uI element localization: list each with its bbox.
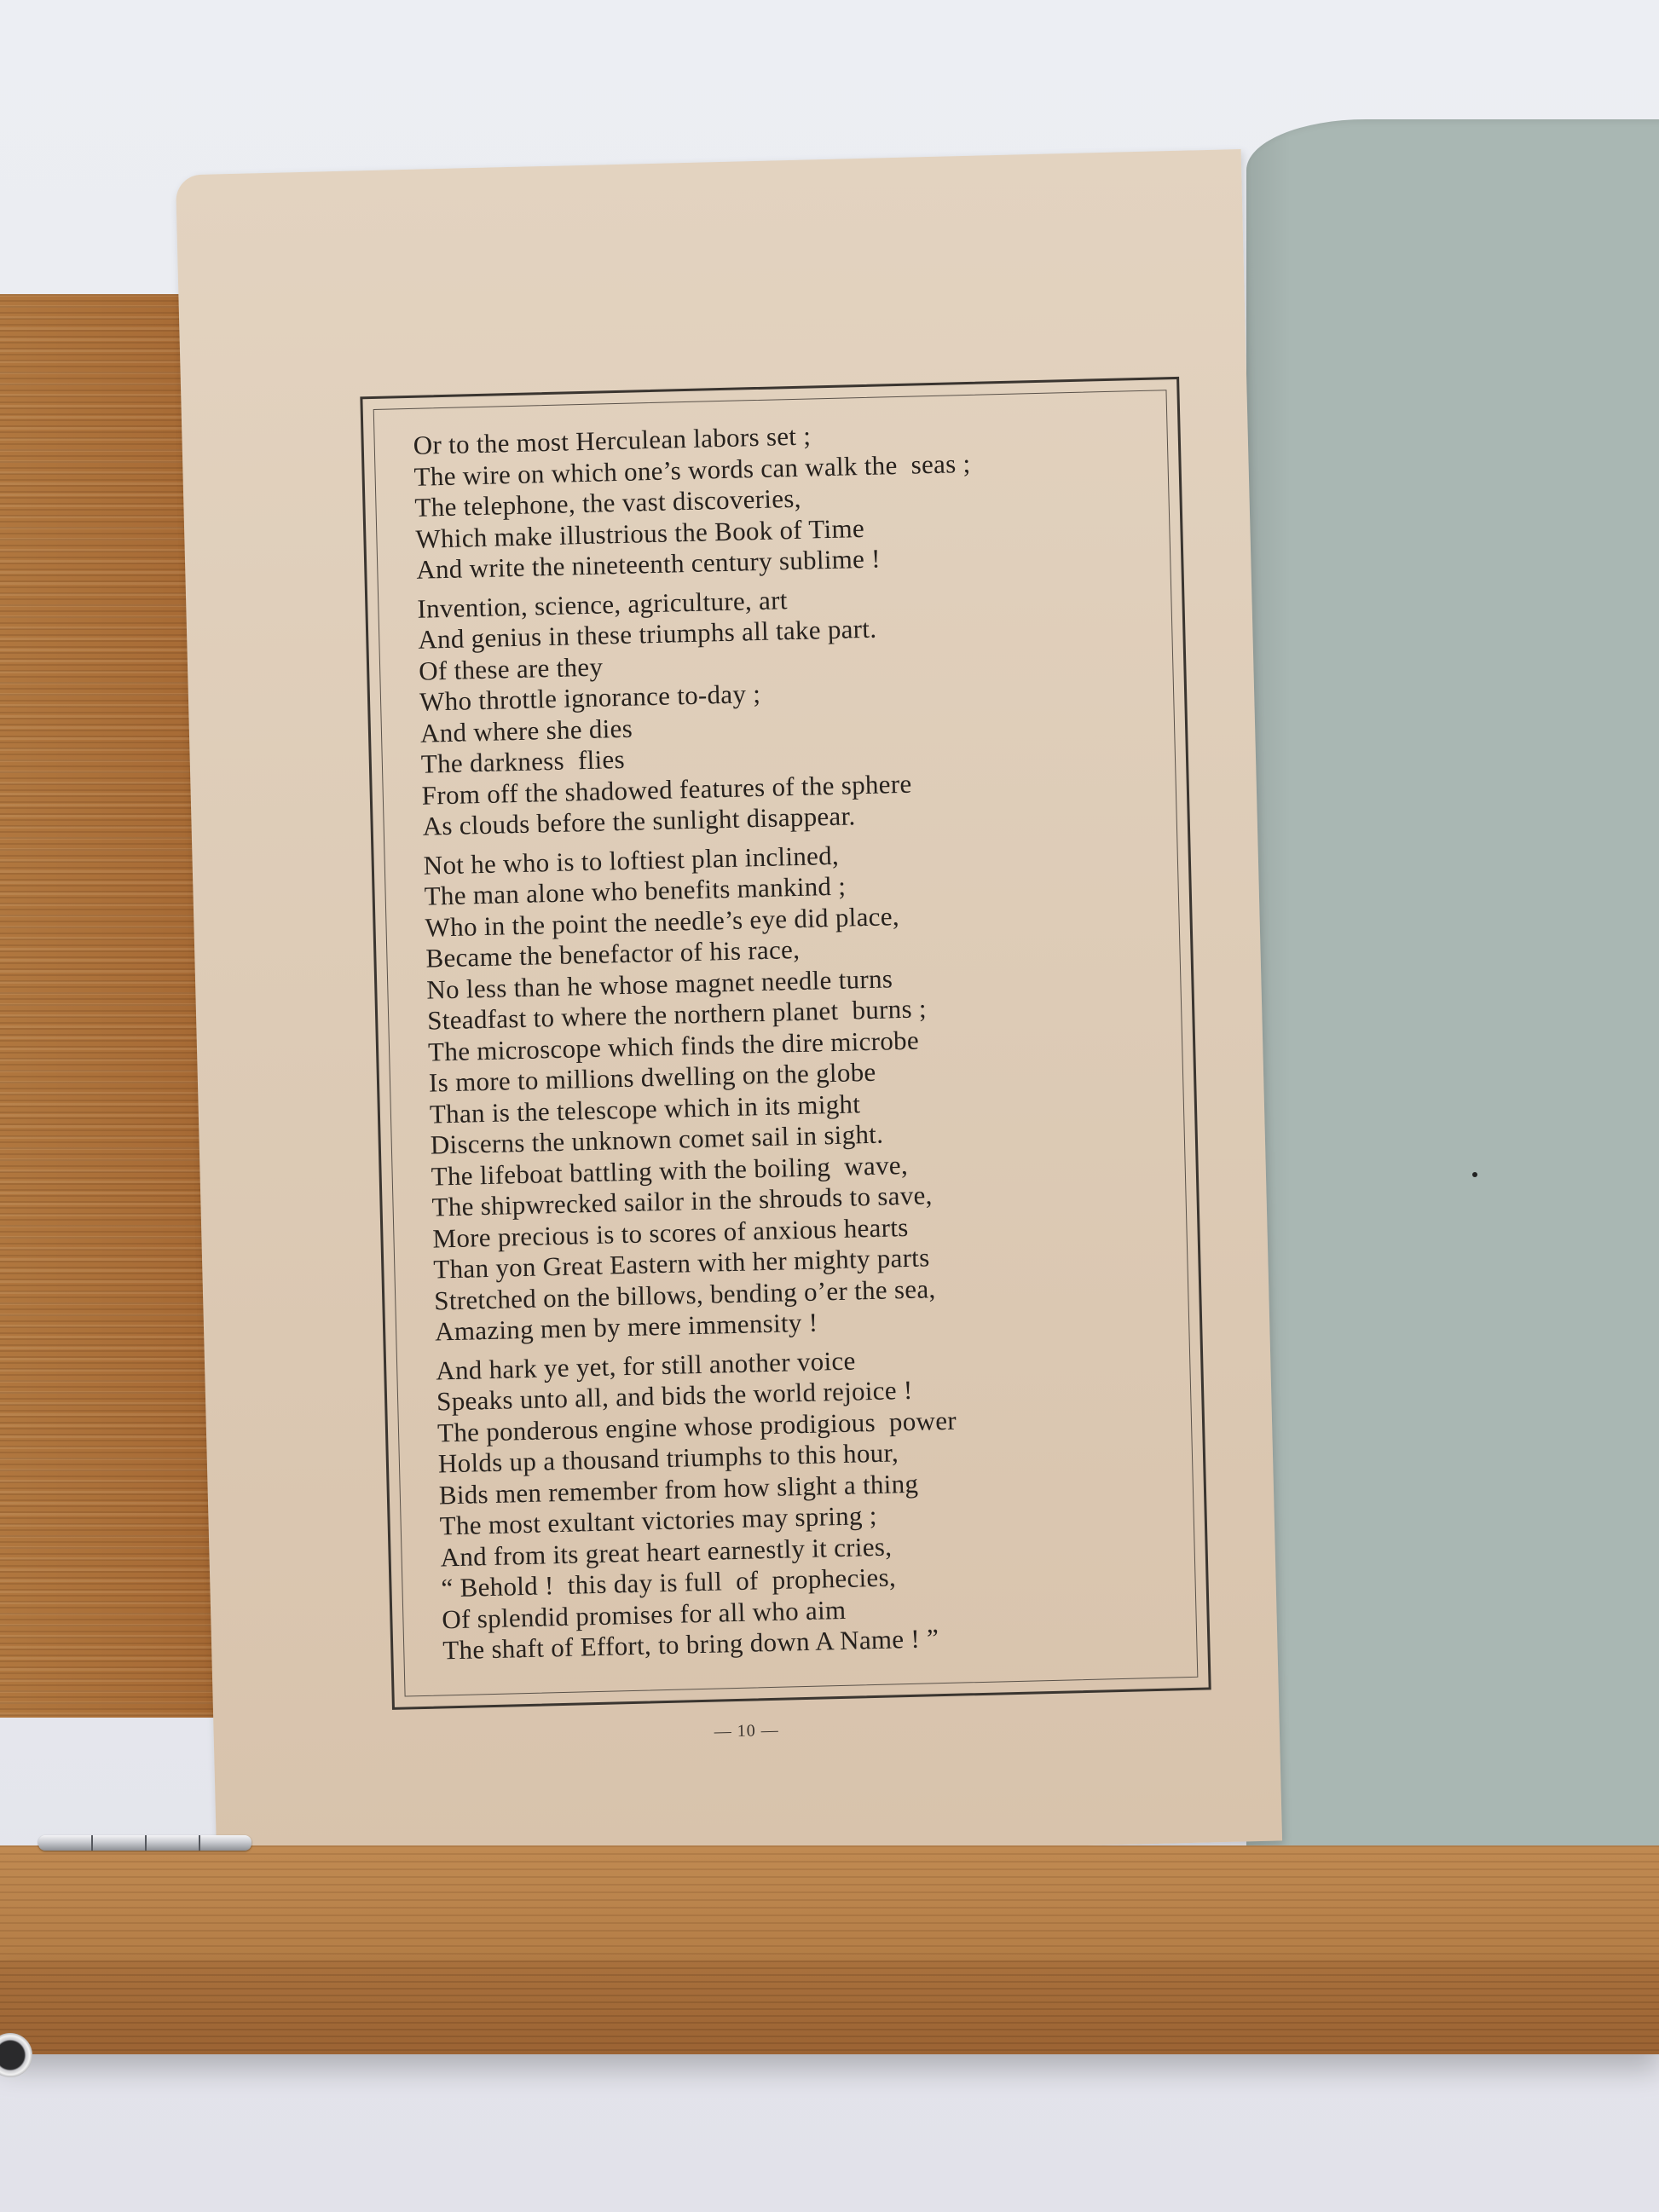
poem-stanza: Not he who is to loftiest plan inclined,…	[423, 832, 1174, 1348]
hinge-knuckle	[145, 1835, 147, 1851]
hinge-icon	[38, 1835, 251, 1851]
paper-speck	[1472, 1172, 1477, 1177]
poem-stanza: Or to the most Herculean labors set ;The…	[413, 413, 1155, 586]
poem-stanza: And hark ye yet, for still another voice…	[436, 1337, 1182, 1666]
bamboo-stand-ledge	[0, 1845, 1659, 1965]
book-page: Or to the most Herculean labors set ;The…	[176, 149, 1282, 1867]
poem-text: Or to the most Herculean labors set ;The…	[413, 413, 1182, 1674]
hinge-knuckle	[199, 1835, 200, 1851]
poem-stanza: Invention, science, agriculture, artAnd …	[417, 575, 1162, 842]
facing-page-blue-gray	[1246, 119, 1659, 2020]
bamboo-stand-front-edge	[0, 1961, 1659, 2054]
page-border-frame: Or to the most Herculean labors set ;The…	[360, 377, 1211, 1710]
hinge-knuckle	[91, 1835, 93, 1851]
page-number: — 10 —	[214, 1708, 1280, 1754]
